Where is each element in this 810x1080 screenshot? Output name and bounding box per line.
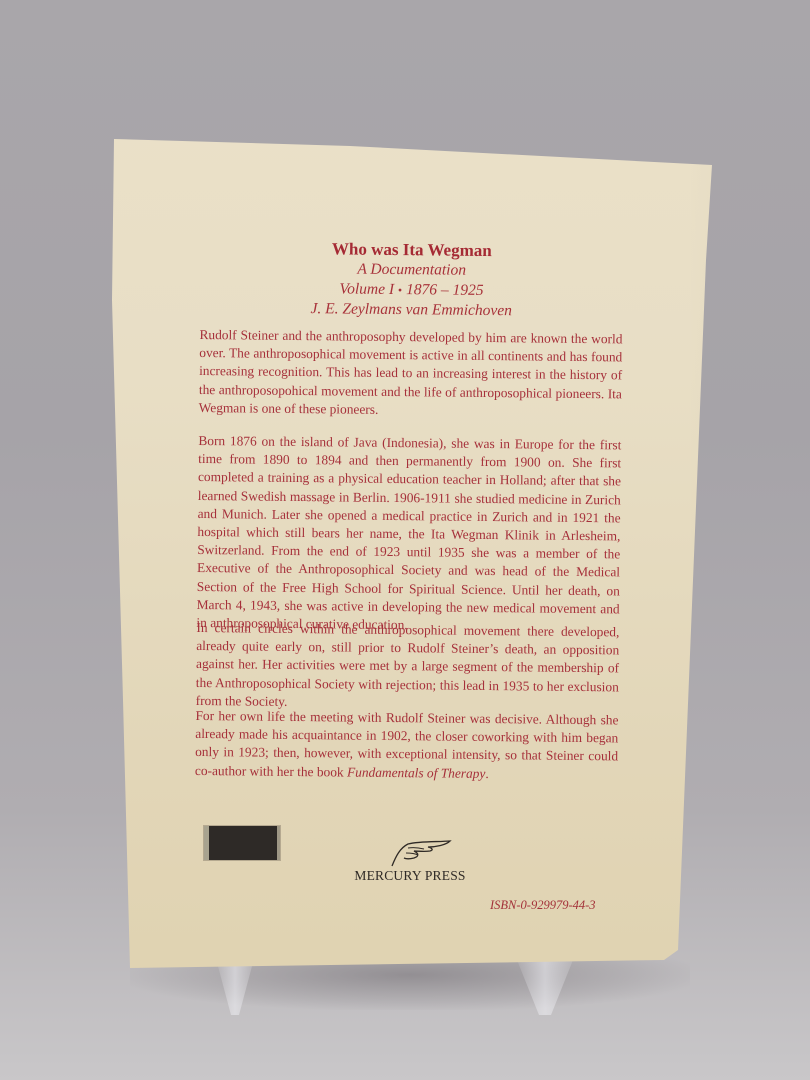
title-block: Who was Ita Wegman A Documentation Volum…	[200, 238, 624, 322]
isbn-number: ISBN-0-929979-44-3	[490, 898, 596, 913]
cover-content: Who was Ita Wegman A Documentation Volum…	[203, 0, 626, 4]
blurb-paragraph-4: For her own life the meeting with Rudolf…	[195, 707, 619, 784]
winged-hand-icon	[388, 838, 454, 868]
blacked-out-price-sticker	[204, 826, 280, 860]
volume-label: Volume I	[339, 280, 394, 298]
volume-years: 1876 – 1925	[406, 281, 484, 299]
blurb-paragraph-2: Born 1876 on the island of Java (Indones…	[196, 432, 621, 637]
referenced-book-title: Fundamentals of Therapy	[347, 764, 486, 780]
blurb-paragraph-4-end: .	[485, 766, 489, 781]
blurb-paragraph-1: Rudolf Steiner and the anthroposophy dev…	[199, 326, 623, 421]
publisher-name: MERCURY PRESS	[350, 868, 470, 884]
bullet-separator: •	[398, 283, 402, 297]
blurb-paragraph-3: In certain circles within the anthroposo…	[196, 619, 620, 714]
